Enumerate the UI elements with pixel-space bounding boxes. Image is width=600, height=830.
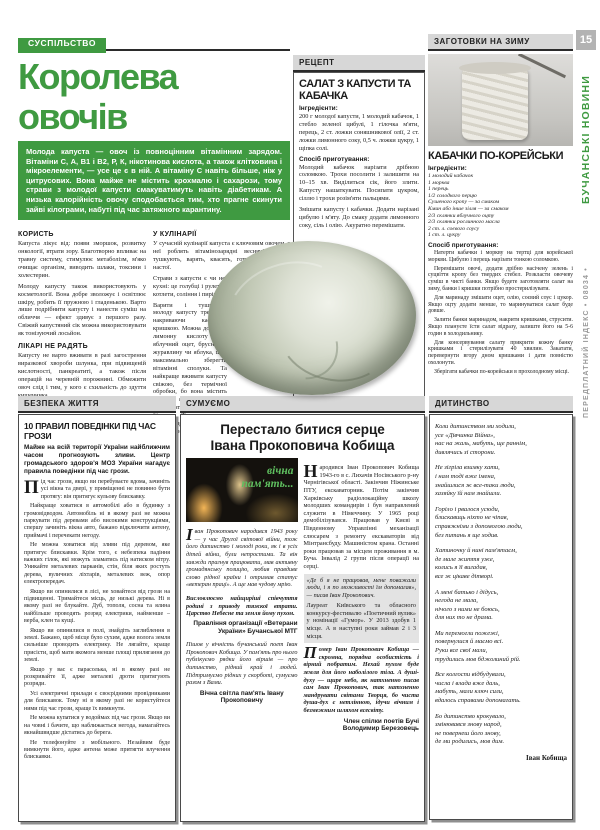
- cabbage-photo: [200, 237, 424, 399]
- jar-image: [462, 68, 528, 140]
- obituary-left-paragraph: Іван Прокопович народився 1943 року — у …: [186, 528, 298, 589]
- childhood-kicker: ДИТИНСТВО: [429, 396, 573, 411]
- list-item: 2 ст. л. соєвого соусу: [428, 226, 573, 233]
- poem-signature: Іван Кобища: [435, 754, 567, 762]
- list-item: 1 морква: [428, 180, 573, 187]
- recipe-ingredients: 200 г молодої капусти, 1 молодий кабачок…: [299, 113, 419, 153]
- author-signature-line1: Член спілки поетів Бучі: [304, 718, 419, 726]
- list-item: 1 перець: [428, 186, 573, 193]
- page-headline: Королева овочів: [18, 57, 290, 137]
- list-item: Не зігріла взимку хати, і нам тоді вже і…: [435, 464, 567, 498]
- list-item: Не можна ховатися від зливи під деревом,…: [24, 542, 170, 586]
- lead-paragraph: Молода капуста — овоч із повноцінним віт…: [18, 141, 290, 220]
- quote-box: «Де б я не працював, мене поважали люди,…: [304, 574, 419, 644]
- list-item: 1 ст. л. цукру: [428, 232, 573, 239]
- list-item: Усі електричні прилади є своєрідними про…: [24, 691, 170, 713]
- recipe-title: САЛАТ З КАПУСТИ ТА КАБАЧКА: [299, 78, 419, 102]
- page-number: 15: [576, 30, 596, 50]
- author-signature-line2: Володимир Березовець: [304, 725, 419, 733]
- cabbage-image: [208, 241, 416, 395]
- obituary-box: Перестало битися серце Івана Прокоповича…: [180, 414, 425, 822]
- biography-paragraph: Народився Іван Прокопович Кобища 1943-го…: [304, 464, 419, 570]
- society-kicker: СУСПІЛЬСТВО: [18, 38, 106, 53]
- jar-photo: [428, 54, 573, 146]
- poem-stanzas: Коли дитинством ми ходили, усе «Дівчинка…: [435, 423, 567, 747]
- recipe-ingredients-label: Інгредієнти:: [299, 105, 419, 112]
- benefit-paragraph: Молоду капусту також використовують у ко…: [18, 283, 146, 338]
- list-item: 1 молодий кабачок: [428, 173, 573, 180]
- safety-title: 10 ПРАВИЛ ПОВЕДІНКИ ПІД ЧАС ГРОЗИ: [24, 421, 170, 441]
- obituary-left-column: вічна пам'ять... Іван Прокопович народив…: [186, 458, 298, 737]
- section-preserves: ЗАГОТОВКИ НА ЗИМУ КАБАЧКИ ПО-КОРЕЙСЬКИ І…: [428, 34, 573, 394]
- newspaper-page: СУСПІЛЬСТВО Королева овочів Молода капус…: [0, 0, 600, 830]
- list-item: Натерти кабачки і моркву на тертці для к…: [428, 250, 573, 264]
- laureate-text: Лауреат Київського та обласного конкурсу…: [307, 602, 416, 640]
- preserves-ingredient-list: 1 молодий кабачок1 морква1 перець1/2 сол…: [428, 173, 573, 239]
- list-item: Не можна купатися у водоймах під час гро…: [24, 715, 170, 737]
- section-obituary: СУМУЄМО Перестало битися серце Івана Про…: [180, 396, 425, 822]
- safety-paragraphs: Під час грози, якщо ви перебуваєте вдома…: [24, 479, 170, 762]
- tribute-paragraph: Помер Іван Прокопович Кобища — скромна, …: [304, 646, 419, 714]
- list-item: Для маринаду змішати оцет, олію, соєвий …: [428, 295, 573, 315]
- masthead-strip: 15 БУЧАНСЬКІ НОВИНИ ПЕРЕДПЛАТНИЙ ІНДЕКС …: [574, 30, 598, 810]
- safety-lead: Майже на всій території України найближч…: [24, 444, 170, 476]
- obituary-left-paragraph: Пішов у вічність бучанський поет Іван Пр…: [186, 641, 298, 687]
- list-item: Для консервування салату прикрити кожну …: [428, 340, 573, 367]
- childhood-kicker-row: ДИТИНСТВО: [429, 396, 573, 413]
- obituary-columns: вічна пам'ять... Іван Прокопович народив…: [186, 458, 419, 737]
- list-item: 2/3 склянки рослинного масла: [428, 219, 573, 226]
- list-item: Під час грози, якщо ви перебуваєте вдома…: [24, 479, 170, 501]
- preserves-title: КАБАЧКИ ПО-КОРЕЙСЬКИ: [428, 150, 573, 162]
- doctors-paragraph: Капусту не варто вживати в разі загостре…: [18, 352, 146, 399]
- obituary-title-line2: Івана Прокоповича Кобища: [186, 438, 419, 454]
- list-item: 1/2 солодкого перцю: [428, 193, 573, 200]
- newspaper-title: БУЧАНСЬКІ НОВИНИ: [580, 56, 592, 204]
- recipe-kicker-row: РЕЦЕПТ: [293, 55, 425, 72]
- list-item: Сушеного кропу — за смаком: [428, 199, 573, 206]
- list-item: Перемішати овочі, додати дрібно насічену…: [428, 266, 573, 293]
- condolence-signature: Правління організації «Ветерани України»…: [186, 620, 298, 635]
- list-item: Якщо ви опинилися в полі, знайдіть загли…: [24, 628, 170, 664]
- list-item: Якщо ви опинилися в лісі, не ховайтеся в…: [24, 589, 170, 625]
- section-childhood: ДИТИНСТВО Коли дитинством ми ходили, усе…: [429, 396, 573, 820]
- list-item: Бо дитинство крокувало, змінювався знову…: [435, 713, 567, 747]
- list-item: Ми перемогли пожежі, повернулися й маємо…: [435, 630, 567, 664]
- recipe-method-paragraph: Молодий кабачок нарізати дрібною соломко…: [299, 164, 419, 204]
- memory-caption: вічна пам'ять...: [242, 465, 294, 491]
- list-item: Коли дитинством ми ходили, усе «Дівчинка…: [435, 423, 567, 457]
- preserves-kicker: ЗАГОТОВКИ НА ЗИМУ: [428, 34, 573, 49]
- list-item: Залити банки маринадом, накрити кришками…: [428, 317, 573, 337]
- list-item: Найкраще ховатися в автомобілі або в буд…: [24, 503, 170, 539]
- condolence-text: Висловлюємо найщиріші співчуття родині з…: [186, 595, 298, 618]
- recipe-kicker: РЕЦЕПТ: [293, 55, 425, 70]
- obituary-right-column: Народився Іван Прокопович Кобища 1943-го…: [304, 458, 419, 737]
- poem-box: Коли дитинством ми ходили, усе «Дівчинка…: [429, 414, 573, 820]
- section-safety: БЕЗПЕКА ЖИТТЯ 10 ПРАВИЛ ПОВЕДІНКИ ПІД ЧА…: [18, 396, 176, 822]
- preserves-method: Натерти кабачки і моркву на тертці для к…: [428, 250, 573, 376]
- quote-text: «Де б я не працював, мене поважали люди,…: [307, 577, 416, 600]
- preserves-kicker-row: ЗАГОТОВКИ НА ЗИМУ: [428, 34, 573, 51]
- safety-kicker: БЕЗПЕКА ЖИТТЯ: [18, 396, 176, 411]
- list-item: Все колгоспи відбудували, числа і влада …: [435, 671, 567, 705]
- safety-kicker-row: БЕЗПЕКА ЖИТТЯ: [18, 396, 176, 413]
- list-item: Горіло і рвалося усюди, блискавиць ніхто…: [435, 506, 567, 540]
- memory-signature: Вічна світла пам'ять Івану Прокоповичу: [186, 690, 298, 705]
- preserves-ingredients-label: Інгредієнти:: [428, 165, 573, 172]
- obituary-title-line1: Перестало битися серце: [186, 422, 419, 438]
- doctors-subhead: ЛІКАРІ НЕ РАДЯТЬ: [18, 343, 146, 350]
- list-item: Кмин або інше зілля — за смаком: [428, 206, 573, 213]
- list-item: Якщо у вас є парасолька, ні в якому разі…: [24, 667, 170, 689]
- society-kicker-row: СУСПІЛЬСТВО: [18, 34, 290, 51]
- candle-photo: вічна пам'ять...: [186, 458, 298, 522]
- benefit-paragraph: Капуста лікує від: появи зморшок, розвит…: [18, 240, 146, 280]
- list-item: А мені батько і дідусь, негода не мала, …: [435, 589, 567, 623]
- list-item: Хатиночку й нині пам'ятаєм, де мале житт…: [435, 547, 567, 581]
- safety-box: 10 ПРАВИЛ ПОВЕДІНКИ ПІД ЧАС ГРОЗИ Майже …: [18, 414, 176, 822]
- list-item: Не телефонуйте з мобільного. Незайвим бу…: [24, 740, 170, 762]
- recipe-method-paragraph: Змішати капусту і кабачки. Додати наріза…: [299, 206, 419, 230]
- preserves-method-label: Спосіб приготування:: [428, 242, 573, 249]
- benefit-subhead: КОРИСТЬ: [18, 231, 146, 238]
- obituary-title: Перестало битися серце Івана Прокоповича…: [186, 422, 419, 453]
- subscription-index: ПЕРЕДПЛАТНИЙ ІНДЕКС • 08034 •: [583, 218, 590, 418]
- list-item: 2/3 склянки яблучного оцту: [428, 213, 573, 220]
- list-item: Зберігати кабачки по-корейськи в прохоло…: [428, 369, 573, 376]
- recipe-method-label: Спосіб приготування:: [299, 156, 419, 163]
- author-signature: Член спілки поетів Бучі Володимир Березо…: [304, 718, 419, 733]
